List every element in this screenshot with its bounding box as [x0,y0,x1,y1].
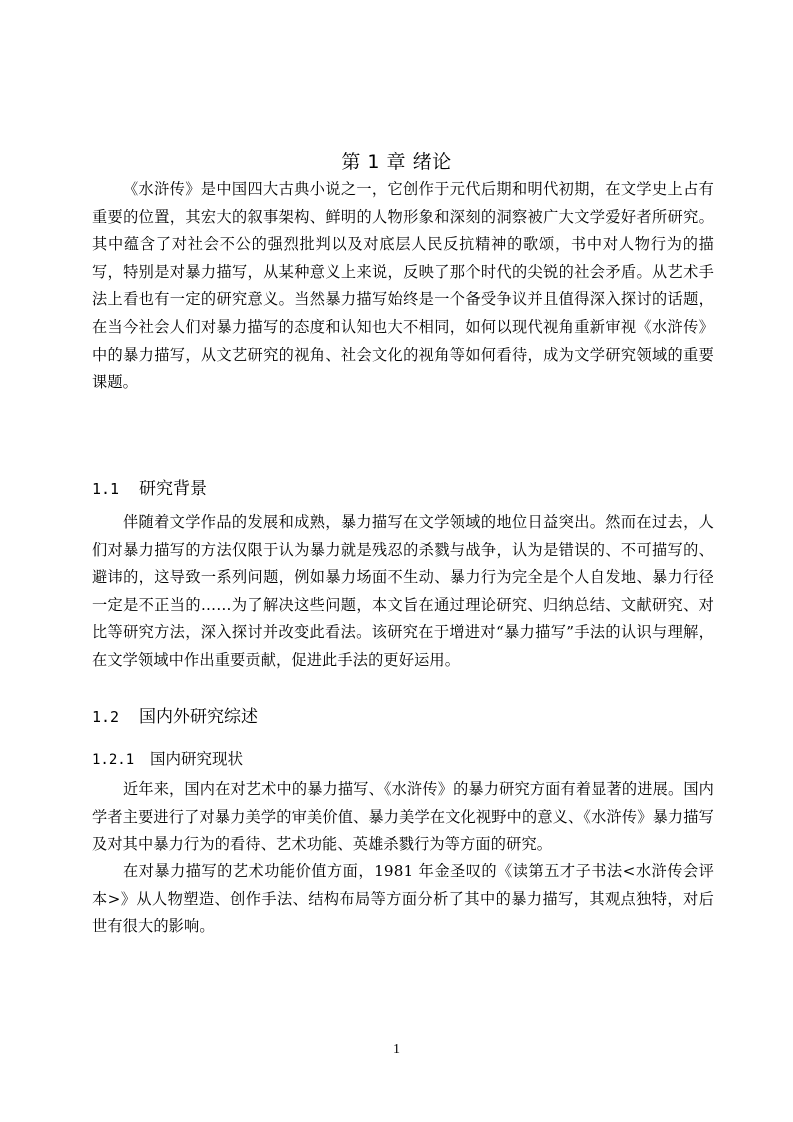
subsection-heading-1-2-1: 1.2.1国内研究现状 [92,748,243,771]
section-number: 1.1 [92,477,139,501]
chapter-title: 第 1 章 绪论 [0,148,793,176]
section-heading-1-2: 1.2国内外研究综述 [92,705,258,729]
domestic-research-paragraph-1: 近年来，国内在对艺术中的暴力描写、《水浒传》的暴力研究方面有着显著的进展。国内学… [92,776,714,859]
section-title: 研究背景 [139,479,207,499]
intro-paragraph: 《水浒传》是中国四大古典小说之一，它创作于元代后期和明代初期，在文学史上占有重要… [92,176,714,397]
section-number: 1.2 [92,705,139,729]
document-page: 第 1 章 绪论 《水浒传》是中国四大古典小说之一，它创作于元代后期和明代初期，… [0,0,793,1122]
subsection-number: 1.2.1 [92,749,150,771]
section-title: 国内外研究综述 [139,707,258,727]
domestic-research-paragraph-2: 在对暴力描写的艺术功能价值方面，1981 年金圣叹的《读第五才子书法<水浒传会评… [92,858,714,941]
page-number: 1 [0,1041,793,1059]
background-paragraph: 伴随着文学作品的发展和成熟，暴力描写在文学领域的地位日益突出。然而在过去，人们对… [92,509,714,675]
section-heading-1-1: 1.1研究背景 [92,477,207,501]
subsection-title: 国内研究现状 [150,750,243,768]
